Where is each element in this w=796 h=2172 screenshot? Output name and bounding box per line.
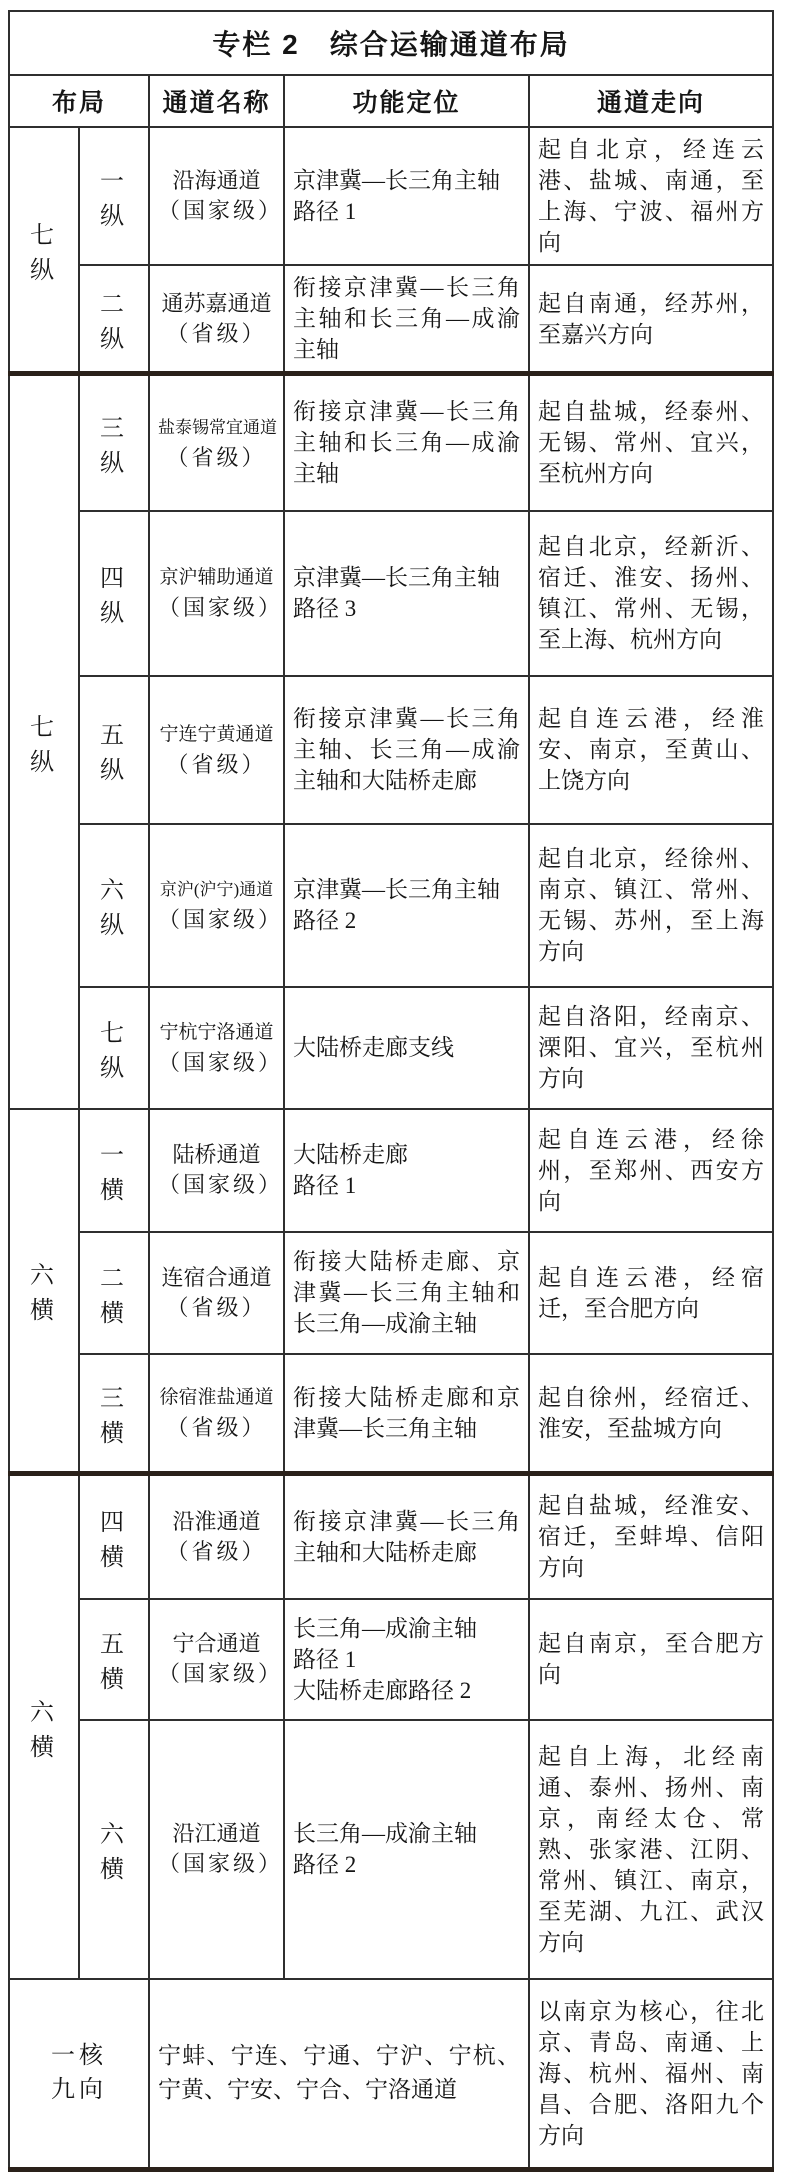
row-label: 七纵 (79, 987, 149, 1109)
channel-grade: （省级） (158, 1413, 275, 1443)
table-title: 专栏 2 综合运输通道布局 (9, 11, 773, 75)
channel-layout-table: 专栏 2 综合运输通道布局 布局 通道名称 功能定位 通道走向 七纵 一纵 沿海… (8, 10, 772, 2172)
row-label: 二横 (79, 1232, 149, 1354)
direction-cell: 起自上海，北经南通、泰州、扬州、南京，南经太仓、常熟、张家港、江阴、常州、镇江、… (529, 1720, 773, 1979)
table-row: 五横 宁合通道 （国家级） 长三角—成渝主轴 路径 1 大陆桥走廊路径 2 起自… (9, 1599, 773, 1720)
row-label: 五纵 (79, 676, 149, 824)
channel-name: 宁连宁黄通道 (158, 720, 275, 750)
table-row: 七纵 三纵 盐泰锡常宜通道 （省级） 衔接京津冀—长三角主轴和长三角—成渝主轴 … (9, 374, 773, 511)
channel-name-cell: 京沪(沪宁)通道 （国家级） (149, 824, 284, 987)
header-direction: 通道走向 (529, 75, 773, 127)
channel-name: 京沪(沪宁)通道 (158, 875, 275, 905)
function-cell: 衔接京津冀—长三角主轴和长三角—成渝主轴 (284, 374, 529, 511)
channel-name-cell: 宁连宁黄通道 （省级） (149, 676, 284, 824)
channel-name-cell: 连宿合通道 （省级） (149, 1232, 284, 1354)
table-row: 六横 一横 陆桥通道 （国家级） 大陆桥走廊 路径 1 起自连云港，经徐州，至郑… (9, 1109, 773, 1232)
direction-cell: 起自连云港，经徐州，至郑州、西安方向 (529, 1109, 773, 1232)
channel-grade: （国家级） (158, 1659, 275, 1689)
channel-name: 京沪辅助通道 (158, 563, 275, 593)
direction-cell: 起自盐城，经泰州、无锡、常州、宜兴，至杭州方向 (529, 374, 773, 511)
group-label: 六横 (9, 1474, 79, 1979)
table-row: 七纵 宁杭宁洛通道 （国家级） 大陆桥走廊支线 起自洛阳，经南京、溧阳、宜兴，至… (9, 987, 773, 1109)
channel-name: 宁合通道 (158, 1629, 275, 1659)
channel-name-cell: 京沪辅助通道 （国家级） (149, 511, 284, 676)
direction-cell: 起自南通，经苏州，至嘉兴方向 (529, 265, 773, 374)
direction-cell: 起自北京，经连云港、盐城、南通，至上海、宁波、福州方向 (529, 127, 773, 265)
table-row: 三横 徐宿淮盐通道 （省级） 衔接大陆桥走廊和京津冀—长三角主轴 起自徐州，经宿… (9, 1354, 773, 1474)
group-label: 六横 (9, 1109, 79, 1474)
row-label: 三纵 (79, 374, 149, 511)
direction-cell: 起自徐州，经宿迁、淮安，至盐城方向 (529, 1354, 773, 1474)
row-label: 一纵 (79, 127, 149, 265)
group-label: 七纵 (9, 127, 79, 374)
direction-cell: 起自连云港，经宿迁，至合肥方向 (529, 1232, 773, 1354)
function-cell: 京津冀—长三角主轴 路径 2 (284, 824, 529, 987)
row-label: 四纵 (79, 511, 149, 676)
function-cell: 衔接大陆桥走廊和京津冀—长三角主轴 (284, 1354, 529, 1474)
channel-grade: （国家级） (158, 593, 275, 623)
table-row: 六横 沿江通道 （国家级） 长三角—成渝主轴 路径 2 起自上海，北经南通、泰州… (9, 1720, 773, 1979)
channel-name: 宁杭宁洛通道 (158, 1018, 275, 1048)
group-label: 七纵 (9, 374, 79, 1109)
direction-cell: 起自连云港，经淮安、南京，至黄山、上饶方向 (529, 676, 773, 824)
channel-name-cell: 宁合通道 （国家级） (149, 1599, 284, 1720)
table-row: 六横 四横 沿淮通道 （省级） 衔接京津冀—长三角主轴和大陆桥走廊 起自盐城，经… (9, 1474, 773, 1599)
row-label: 六纵 (79, 824, 149, 987)
function-cell: 大陆桥走廊支线 (284, 987, 529, 1109)
table-row: 七纵 一纵 沿海通道 （国家级） 京津冀—长三角主轴 路径 1 起自北京，经连云… (9, 127, 773, 265)
header-function: 功能定位 (284, 75, 529, 127)
channel-name: 沿海通道 (158, 166, 275, 196)
channel-name-cell: 通苏嘉通道 （省级） (149, 265, 284, 374)
channel-name: 徐宿淮盐通道 (158, 1383, 275, 1413)
core-channels: 宁蚌、宁连、宁通、宁沪、宁杭、宁黄、宁安、宁合、宁洛通道 (149, 1979, 529, 2170)
function-cell: 大陆桥走廊 路径 1 (284, 1109, 529, 1232)
header-channel-name: 通道名称 (149, 75, 284, 127)
row-label: 四横 (79, 1474, 149, 1599)
channel-name: 盐泰锡常宜通道 (158, 413, 275, 443)
channel-grade: （省级） (158, 1293, 275, 1323)
direction-cell: 以南京为核心，往北京、青岛、南通、上海、杭州、福州、南昌、合肥、洛阳九个方向 (529, 1979, 773, 2170)
function-cell: 衔接大陆桥走廊、京津冀—长三角主轴和长三角—成渝主轴 (284, 1232, 529, 1354)
channel-name: 连宿合通道 (158, 1263, 275, 1293)
channel-name: 通苏嘉通道 (158, 289, 275, 319)
direction-cell: 起自盐城，经淮安、宿迁，至蚌埠、信阳方向 (529, 1474, 773, 1599)
channel-grade: （省级） (158, 319, 275, 349)
function-cell: 衔接京津冀—长三角主轴和长三角—成渝主轴 (284, 265, 529, 374)
table-row: 一核 九向 宁蚌、宁连、宁通、宁沪、宁杭、宁黄、宁安、宁合、宁洛通道 以南京为核… (9, 1979, 773, 2170)
table-row: 二纵 通苏嘉通道 （省级） 衔接京津冀—长三角主轴和长三角—成渝主轴 起自南通，… (9, 265, 773, 374)
direction-cell: 起自北京，经新沂、宿迁、淮安、扬州、镇江、常州、无锡，至上海、杭州方向 (529, 511, 773, 676)
channel-name-cell: 沿海通道 （国家级） (149, 127, 284, 265)
channel-name-cell: 沿淮通道 （省级） (149, 1474, 284, 1599)
direction-cell: 起自北京，经徐州、南京、镇江、常州、无锡、苏州，至上海方向 (529, 824, 773, 987)
channel-grade: （国家级） (158, 1849, 275, 1879)
row-label: 六横 (79, 1720, 149, 1979)
table-row: 二横 连宿合通道 （省级） 衔接大陆桥走廊、京津冀—长三角主轴和长三角—成渝主轴… (9, 1232, 773, 1354)
channel-name: 沿江通道 (158, 1819, 275, 1849)
channel-grade: （省级） (158, 443, 275, 473)
function-cell: 衔接京津冀—长三角主轴和大陆桥走廊 (284, 1474, 529, 1599)
channel-name-cell: 沿江通道 （国家级） (149, 1720, 284, 1979)
channel-grade: （省级） (158, 1537, 275, 1567)
table-row: 五纵 宁连宁黄通道 （省级） 衔接京津冀—长三角主轴、长三角—成渝主轴和大陆桥走… (9, 676, 773, 824)
channel-name-cell: 宁杭宁洛通道 （国家级） (149, 987, 284, 1109)
header-layout: 布局 (9, 75, 149, 127)
function-cell: 长三角—成渝主轴 路径 2 (284, 1720, 529, 1979)
channel-grade: （国家级） (158, 1048, 275, 1078)
core-label: 一核 九向 (9, 1979, 149, 2170)
channel-name: 陆桥通道 (158, 1140, 275, 1170)
table-row: 六纵 京沪(沪宁)通道 （国家级） 京津冀—长三角主轴 路径 2 起自北京，经徐… (9, 824, 773, 987)
row-label: 三横 (79, 1354, 149, 1474)
direction-cell: 起自洛阳，经南京、溧阳、宜兴，至杭州方向 (529, 987, 773, 1109)
function-cell: 衔接京津冀—长三角主轴、长三角—成渝主轴和大陆桥走廊 (284, 676, 529, 824)
channel-grade: （国家级） (158, 905, 275, 935)
row-label: 二纵 (79, 265, 149, 374)
function-cell: 京津冀—长三角主轴 路径 3 (284, 511, 529, 676)
function-cell: 长三角—成渝主轴 路径 1 大陆桥走廊路径 2 (284, 1599, 529, 1720)
channel-name: 沿淮通道 (158, 1507, 275, 1537)
table-row: 四纵 京沪辅助通道 （国家级） 京津冀—长三角主轴 路径 3 起自北京，经新沂、… (9, 511, 773, 676)
channel-grade: （国家级） (158, 196, 275, 226)
channel-name-cell: 陆桥通道 （国家级） (149, 1109, 284, 1232)
channel-name-cell: 盐泰锡常宜通道 （省级） (149, 374, 284, 511)
channel-name-cell: 徐宿淮盐通道 （省级） (149, 1354, 284, 1474)
row-label: 一横 (79, 1109, 149, 1232)
channel-grade: （国家级） (158, 1170, 275, 1200)
channel-grade: （省级） (158, 750, 275, 780)
function-cell: 京津冀—长三角主轴 路径 1 (284, 127, 529, 265)
direction-cell: 起自南京，至合肥方向 (529, 1599, 773, 1720)
table: 专栏 2 综合运输通道布局 布局 通道名称 功能定位 通道走向 七纵 一纵 沿海… (8, 10, 774, 2172)
row-label: 五横 (79, 1599, 149, 1720)
